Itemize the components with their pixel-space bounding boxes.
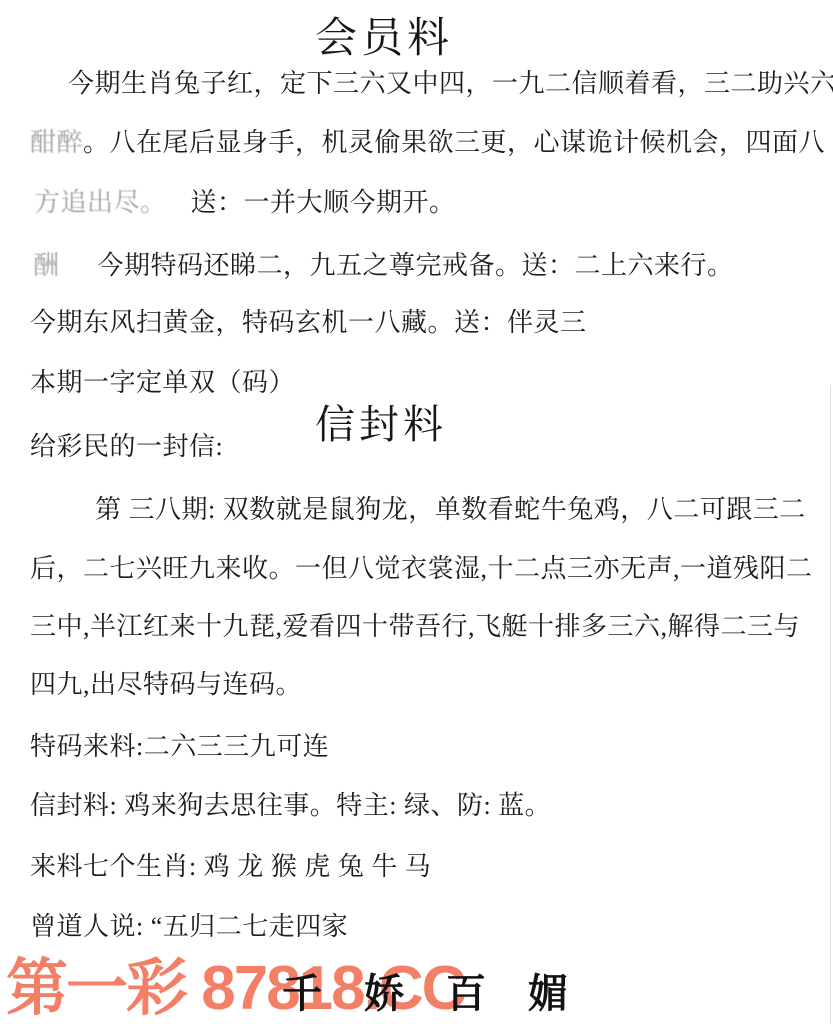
member-paragraph-line-1: 今期生肖兔子红，定下三六又中四，一九二信顺着看，三二助兴六 xyxy=(68,63,833,100)
envelope-paragraph-line-1: 第 三八期: 双数就是鼠狗龙，单数看蛇牛兔鸡，八二可跟三二 xyxy=(95,489,806,526)
member-line-2-faded-text: 酣醉 xyxy=(30,128,83,157)
envelope-material-tip: 信封料: 鸡来狗去思往事。特主: 绿、防: 蓝。 xyxy=(30,785,551,822)
envelope-paragraph-line-4: 四九,出尽特码与连码。 xyxy=(30,664,302,701)
member-line-3-faded-text: 方追出尽。 xyxy=(34,188,167,217)
letter-to-punters-label: 给彩民的一封信: xyxy=(30,426,223,463)
member-tip-2: 今期东风扫黄金，特码玄机一八藏。送：伴灵三 xyxy=(30,302,587,339)
member-line-2-text: 。八在尾后显身手，机灵偷果欲三更，心谋诡计候机会，四面八 xyxy=(83,128,825,157)
scan-edge-line xyxy=(830,385,831,1024)
envelope-paragraph-line-2: 后，二七兴旺九来收。一但八觉衣裳湿,十二点三亦无声,一道残阳二 xyxy=(30,548,813,585)
member-tip-1: 酬今期特码还睇二，九五之尊完戒备。送：二上六来行。 xyxy=(33,245,734,282)
member-line-3-text: 送：一并大顺今期开。 xyxy=(191,188,456,217)
member-section-title: 会员料 xyxy=(315,5,453,65)
member-tip-1-text: 今期特码还睇二，九五之尊完戒备。送：二上六来行。 xyxy=(98,251,734,280)
member-tip-1-faded-text: 酬 xyxy=(33,251,60,280)
member-paragraph-line-2: 酣醉。八在尾后显身手，机灵偷果欲三更，心谋诡计候机会，四面八 xyxy=(30,122,825,159)
member-paragraph-line-3: 方追出尽。送：一并大顺今期开。 xyxy=(34,182,456,219)
scanned-document-page: 会员料 今期生肖兔子红，定下三六又中四，一九二信顺着看，三二助兴六 酣醉。八在尾… xyxy=(0,0,833,1024)
special-code-tip: 特码来料:二六三三九可连 xyxy=(30,726,329,763)
envelope-paragraph-line-3: 三中,半江红来十九琵,爱看四十带吾行,飞艇十排多三六,解得二三与 xyxy=(30,606,800,643)
member-tip-3: 本期一字定单双（码） xyxy=(30,362,295,399)
footer-title: 千 娇 百 媚 xyxy=(282,962,584,1019)
envelope-section-title: 信封料 xyxy=(315,393,447,450)
zodiac-tip: 来料七个生肖: 鸡 龙 猴 虎 兔 牛 马 xyxy=(30,846,431,883)
